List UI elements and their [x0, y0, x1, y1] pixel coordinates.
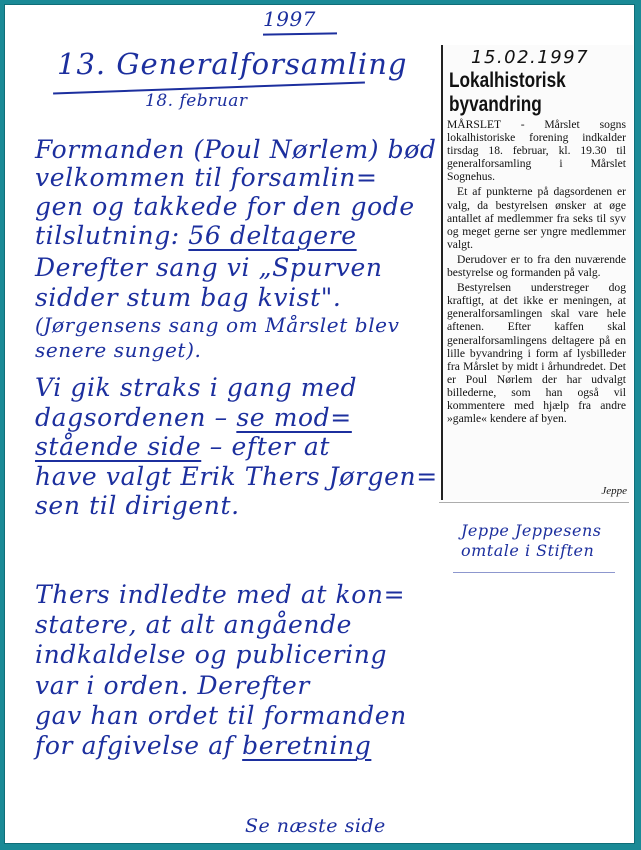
minutes-line: dagsordenen – se mod=: [35, 403, 352, 432]
year-heading: 1997: [263, 7, 316, 31]
minutes-text: statere, at alt angående: [35, 610, 352, 639]
minutes-text: sen til dirigent.: [35, 491, 240, 520]
minutes-underlined-text: 56 deltagere: [188, 221, 356, 250]
minutes-text: gen og takkede for den gode: [35, 192, 415, 221]
minutes-text: senere sunget).: [35, 338, 201, 362]
minutes-underlined-text: stående side: [35, 432, 201, 461]
minutes-line: Thers indledte med at kon=: [35, 580, 405, 609]
minutes-line: indkaldelse og publicering: [35, 640, 387, 669]
meeting-date: 18. februar: [145, 91, 248, 111]
minutes-text: indkaldelse og publicering: [35, 640, 387, 669]
minutes-text: velkommen til forsamlin=: [35, 163, 378, 192]
clipping-paragraph: Derudover er to fra den nuværende bestyr…: [447, 253, 626, 279]
clipping-paragraph: Bestyrelsen understreger dog kraftigt, a…: [447, 281, 626, 425]
minutes-text: tilslutning:: [35, 221, 188, 250]
minutes-line: Vi gik straks i gang med: [35, 373, 357, 402]
clipping-edge: [439, 502, 629, 503]
minutes-line: tilslutning: 56 deltagere: [35, 221, 357, 250]
minutes-text: dagsordenen –: [35, 403, 236, 432]
clipping-headline: Lokalhistorisk byvandring: [449, 69, 597, 117]
minutes-line: (Jørgensens sang om Mårslet blev: [35, 313, 400, 337]
minutes-line: Derefter sang vi „Spurven: [35, 253, 383, 282]
minutes-text: Vi gik straks i gang med: [35, 373, 357, 402]
minutes-text: var i orden. Derefter: [35, 671, 310, 700]
headline-line-1: Lokalhistorisk: [449, 69, 597, 93]
minutes-text: Derefter sang vi „Spurven: [35, 253, 383, 282]
minutes-line: sen til dirigent.: [35, 491, 240, 520]
minutes-line: Formanden (Poul Nørlem) bød: [35, 135, 437, 164]
minutes-line: sidder stum bag kvist".: [35, 283, 341, 312]
minutes-text: gav han ordet til formanden: [35, 701, 407, 730]
minutes-line: for afgivelse af beretning: [35, 731, 371, 760]
continue-note: Se næste side: [245, 815, 386, 837]
minutes-line: stående side – efter at: [35, 432, 330, 461]
minutes-line: have valgt Erik Thers Jørgen=: [35, 462, 438, 491]
minutes-line: gav han ordet til formanden: [35, 701, 407, 730]
newspaper-clipping: 15.02.1997 Lokalhistorisk byvandring MÅR…: [441, 45, 633, 500]
minutes-line: var i orden. Derefter: [35, 671, 310, 700]
minutes-underlined-text: se mod=: [236, 403, 351, 432]
clipping-article-body: MÅRSLET - Mårslet sogns lokalhistoriske …: [447, 118, 626, 427]
clipping-note-line-2: omtale i Stiften: [461, 541, 594, 560]
minutes-line: statere, at alt angående: [35, 610, 352, 639]
minutes-line: velkommen til forsamlin=: [35, 163, 378, 192]
headline-line-2: byvandring: [449, 93, 597, 117]
clipping-paragraph: Et af punkterne på dagsordenen er valg, …: [447, 185, 626, 250]
minutes-text: Thers indledte med at kon=: [35, 580, 405, 609]
minutes-text: have valgt Erik Thers Jørgen=: [35, 462, 438, 491]
clipping-note-underline: [453, 572, 615, 573]
minutes-text: – efter at: [201, 432, 330, 461]
scanned-page: 1997 13. Generalforsamling 18. februar F…: [4, 4, 635, 844]
clipping-signature: Jeppe: [601, 485, 627, 497]
clipping-note-line-1: Jeppe Jeppesens: [461, 521, 601, 540]
minutes-line: senere sunget).: [35, 338, 201, 362]
clipping-date-stamp: 15.02.1997: [471, 47, 589, 68]
minutes-underlined-text: beretning: [242, 731, 371, 760]
minutes-text: for afgivelse af: [35, 731, 242, 760]
minutes-line: gen og takkede for den gode: [35, 192, 415, 221]
clipping-paragraph: MÅRSLET - Mårslet sogns lokalhistoriske …: [447, 118, 626, 183]
minutes-text: sidder stum bag kvist".: [35, 283, 341, 312]
minutes-text: Formanden (Poul Nørlem) bød: [35, 135, 437, 164]
minutes-text: (Jørgensens sang om Mårslet blev: [35, 313, 400, 337]
page-title: 13. Generalforsamling: [57, 47, 407, 81]
year-underline: [263, 32, 337, 35]
